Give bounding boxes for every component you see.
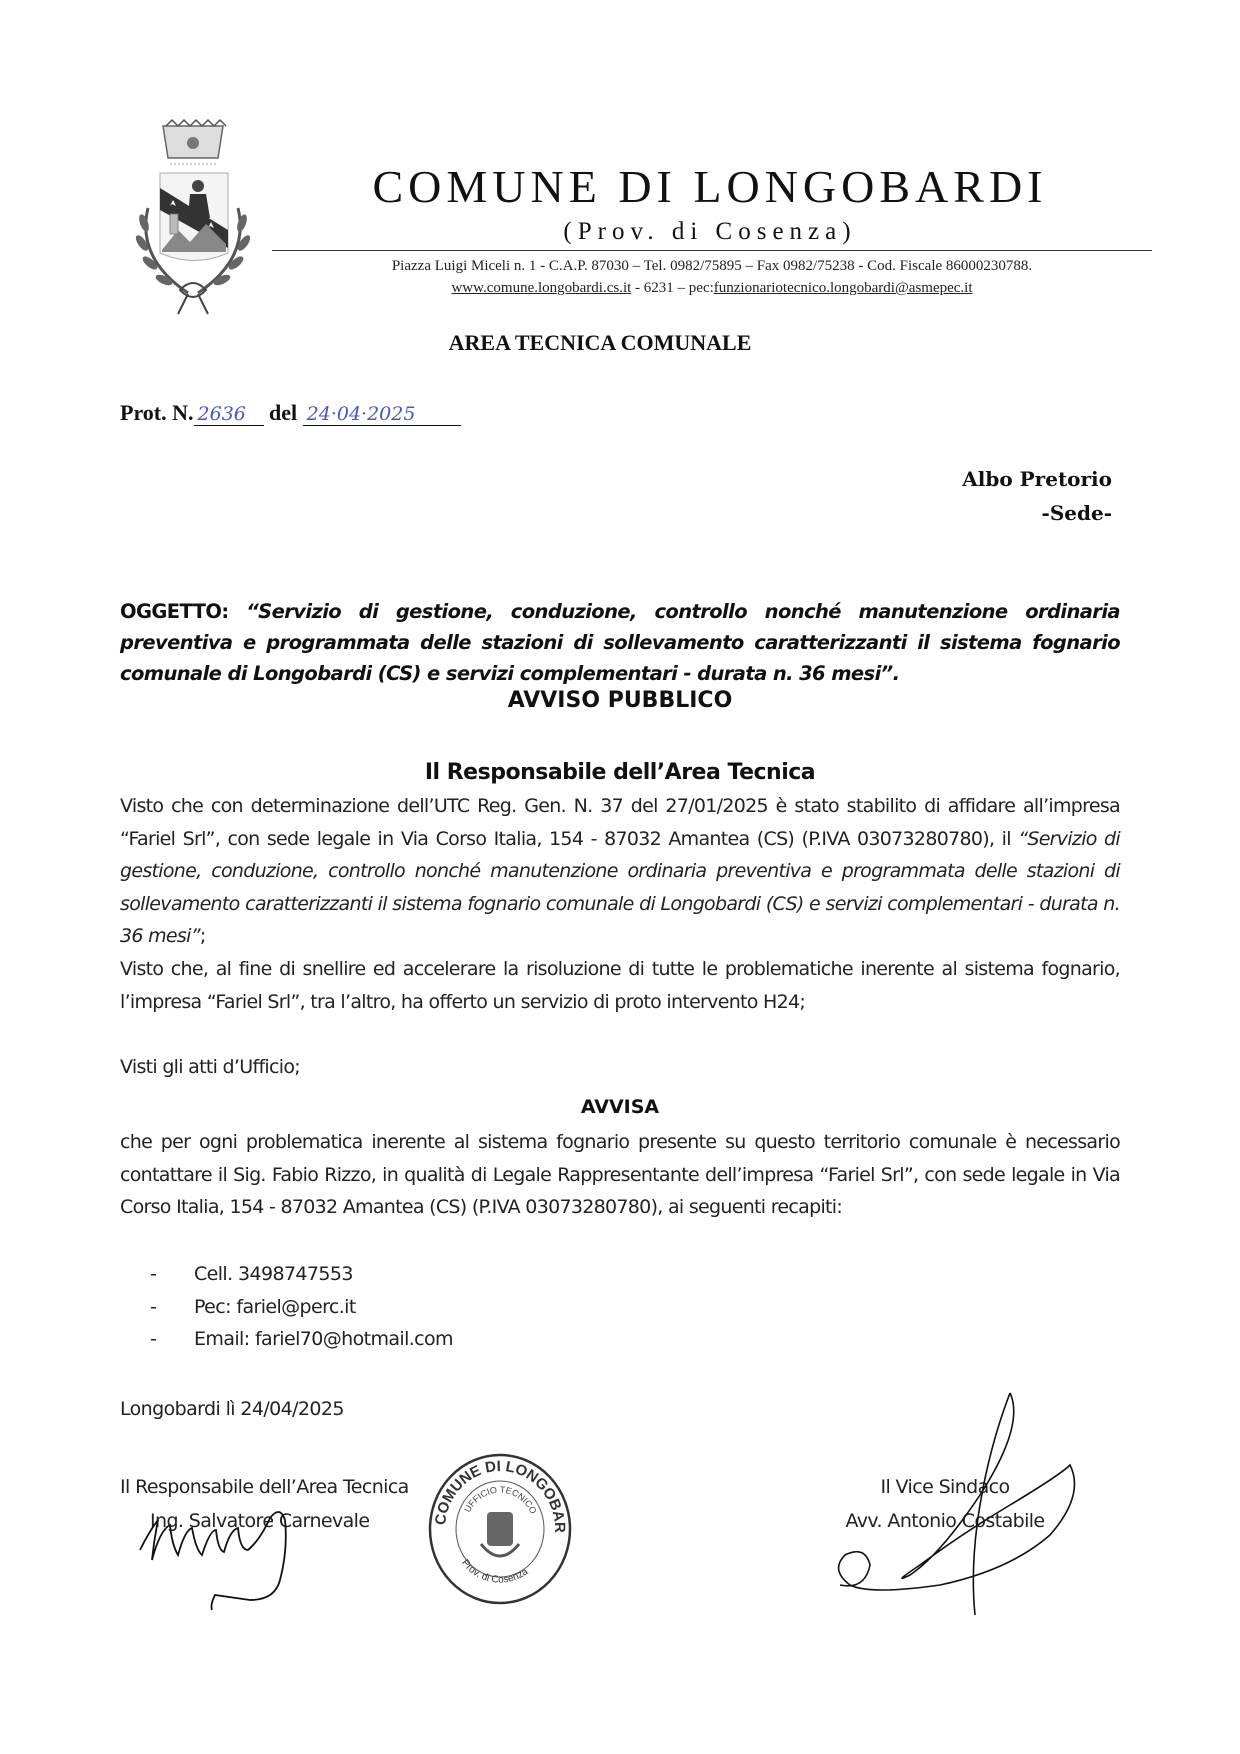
protocol-del-label: del [269, 400, 297, 425]
stamp-inner-text: UFFICIO TECNICO [462, 1485, 538, 1516]
website-link[interactable]: www.comune.longobardi.cs.it [451, 280, 631, 296]
protocol-line: Prot. N.2636 del 24·04·2025 [120, 400, 461, 426]
place-date: Longobardi lì 24/04/2025 [120, 1398, 344, 1420]
header-code: - 6231 – pec: [631, 280, 713, 296]
office-heading: AREA TECNICA COMUNALE [300, 330, 900, 356]
issuer-heading: Il Responsabile dell’Area Tecnica [120, 760, 1120, 785]
contact-email: Email: fariel70@hotmail.com [150, 1323, 453, 1356]
municipality-title: COMUNE DI LONGOBARDI [320, 160, 1100, 213]
paragraph-contact: che per ogni problematica inerente al si… [120, 1126, 1120, 1224]
left-handwritten-signature-icon [130, 1500, 390, 1620]
subject-label: OGGETTO: [120, 600, 229, 623]
document-page: COMUNE DI LONGOBARDI (Prov. di Cosenza) … [0, 0, 1240, 1754]
province-subtitle: (Prov. di Cosenza) [320, 218, 1100, 246]
recipient-line-2: -Sede- [962, 496, 1112, 530]
protocol-label: Prot. N. [120, 400, 194, 425]
header-contacts: www.comune.longobardi.cs.it - 6231 – pec… [272, 280, 1152, 297]
contact-list: Cell. 3498747553 Pec: fariel@perc.it Ema… [150, 1258, 453, 1356]
stamp-bottom-text: Prov. di Cosenza [459, 1558, 530, 1586]
coat-of-arms-icon [118, 118, 268, 318]
paragraph-text: Visto che con determinazione dell’UTC Re… [120, 795, 1120, 850]
contact-phone: Cell. 3498747553 [150, 1258, 453, 1291]
protocol-number: 2636 [194, 403, 264, 426]
paragraph-service: Visto che, al fine di snellire ed accele… [120, 953, 1120, 1018]
contact-pec: Pec: fariel@perc.it [150, 1291, 453, 1324]
avvisa-heading: AVVISA [120, 1096, 1120, 1118]
notice-title: AVVISO PUBBLICO [120, 688, 1120, 713]
svg-text:Prov. di Cosenza: Prov. di Cosenza [459, 1558, 530, 1586]
svg-text:UFFICIO TECNICO: UFFICIO TECNICO [462, 1485, 538, 1516]
paragraph-determination: Visto che con determinazione dell’UTC Re… [120, 790, 1120, 953]
paragraph-acts: Visti gli atti d’Ufficio; [120, 1051, 1120, 1084]
left-signatory-role: Il Responsabile dell’Area Tecnica [120, 1470, 409, 1504]
right-handwritten-signature-icon [810, 1385, 1110, 1625]
official-stamp-icon: COMUNE DI LONGOBARDI UFFICIO TECNICO Pro… [425, 1450, 575, 1608]
subject-text: “Servizio di gestione, conduzione, contr… [120, 600, 1120, 685]
subject-block: OGGETTO: “Servizio di gestione, conduzio… [120, 596, 1120, 689]
recipient-line-1: Albo Pretorio [962, 462, 1112, 496]
header-divider [272, 250, 1152, 251]
pec-link[interactable]: funzionariotecnico.longobardi@asmepec.it [714, 280, 973, 296]
protocol-date: 24·04·2025 [303, 403, 461, 426]
recipient-block: Albo Pretorio -Sede- [962, 462, 1112, 530]
paragraph-end: ; [200, 925, 206, 947]
header-address: Piazza Luigi Miceli n. 1 - C.A.P. 87030 … [272, 258, 1152, 275]
